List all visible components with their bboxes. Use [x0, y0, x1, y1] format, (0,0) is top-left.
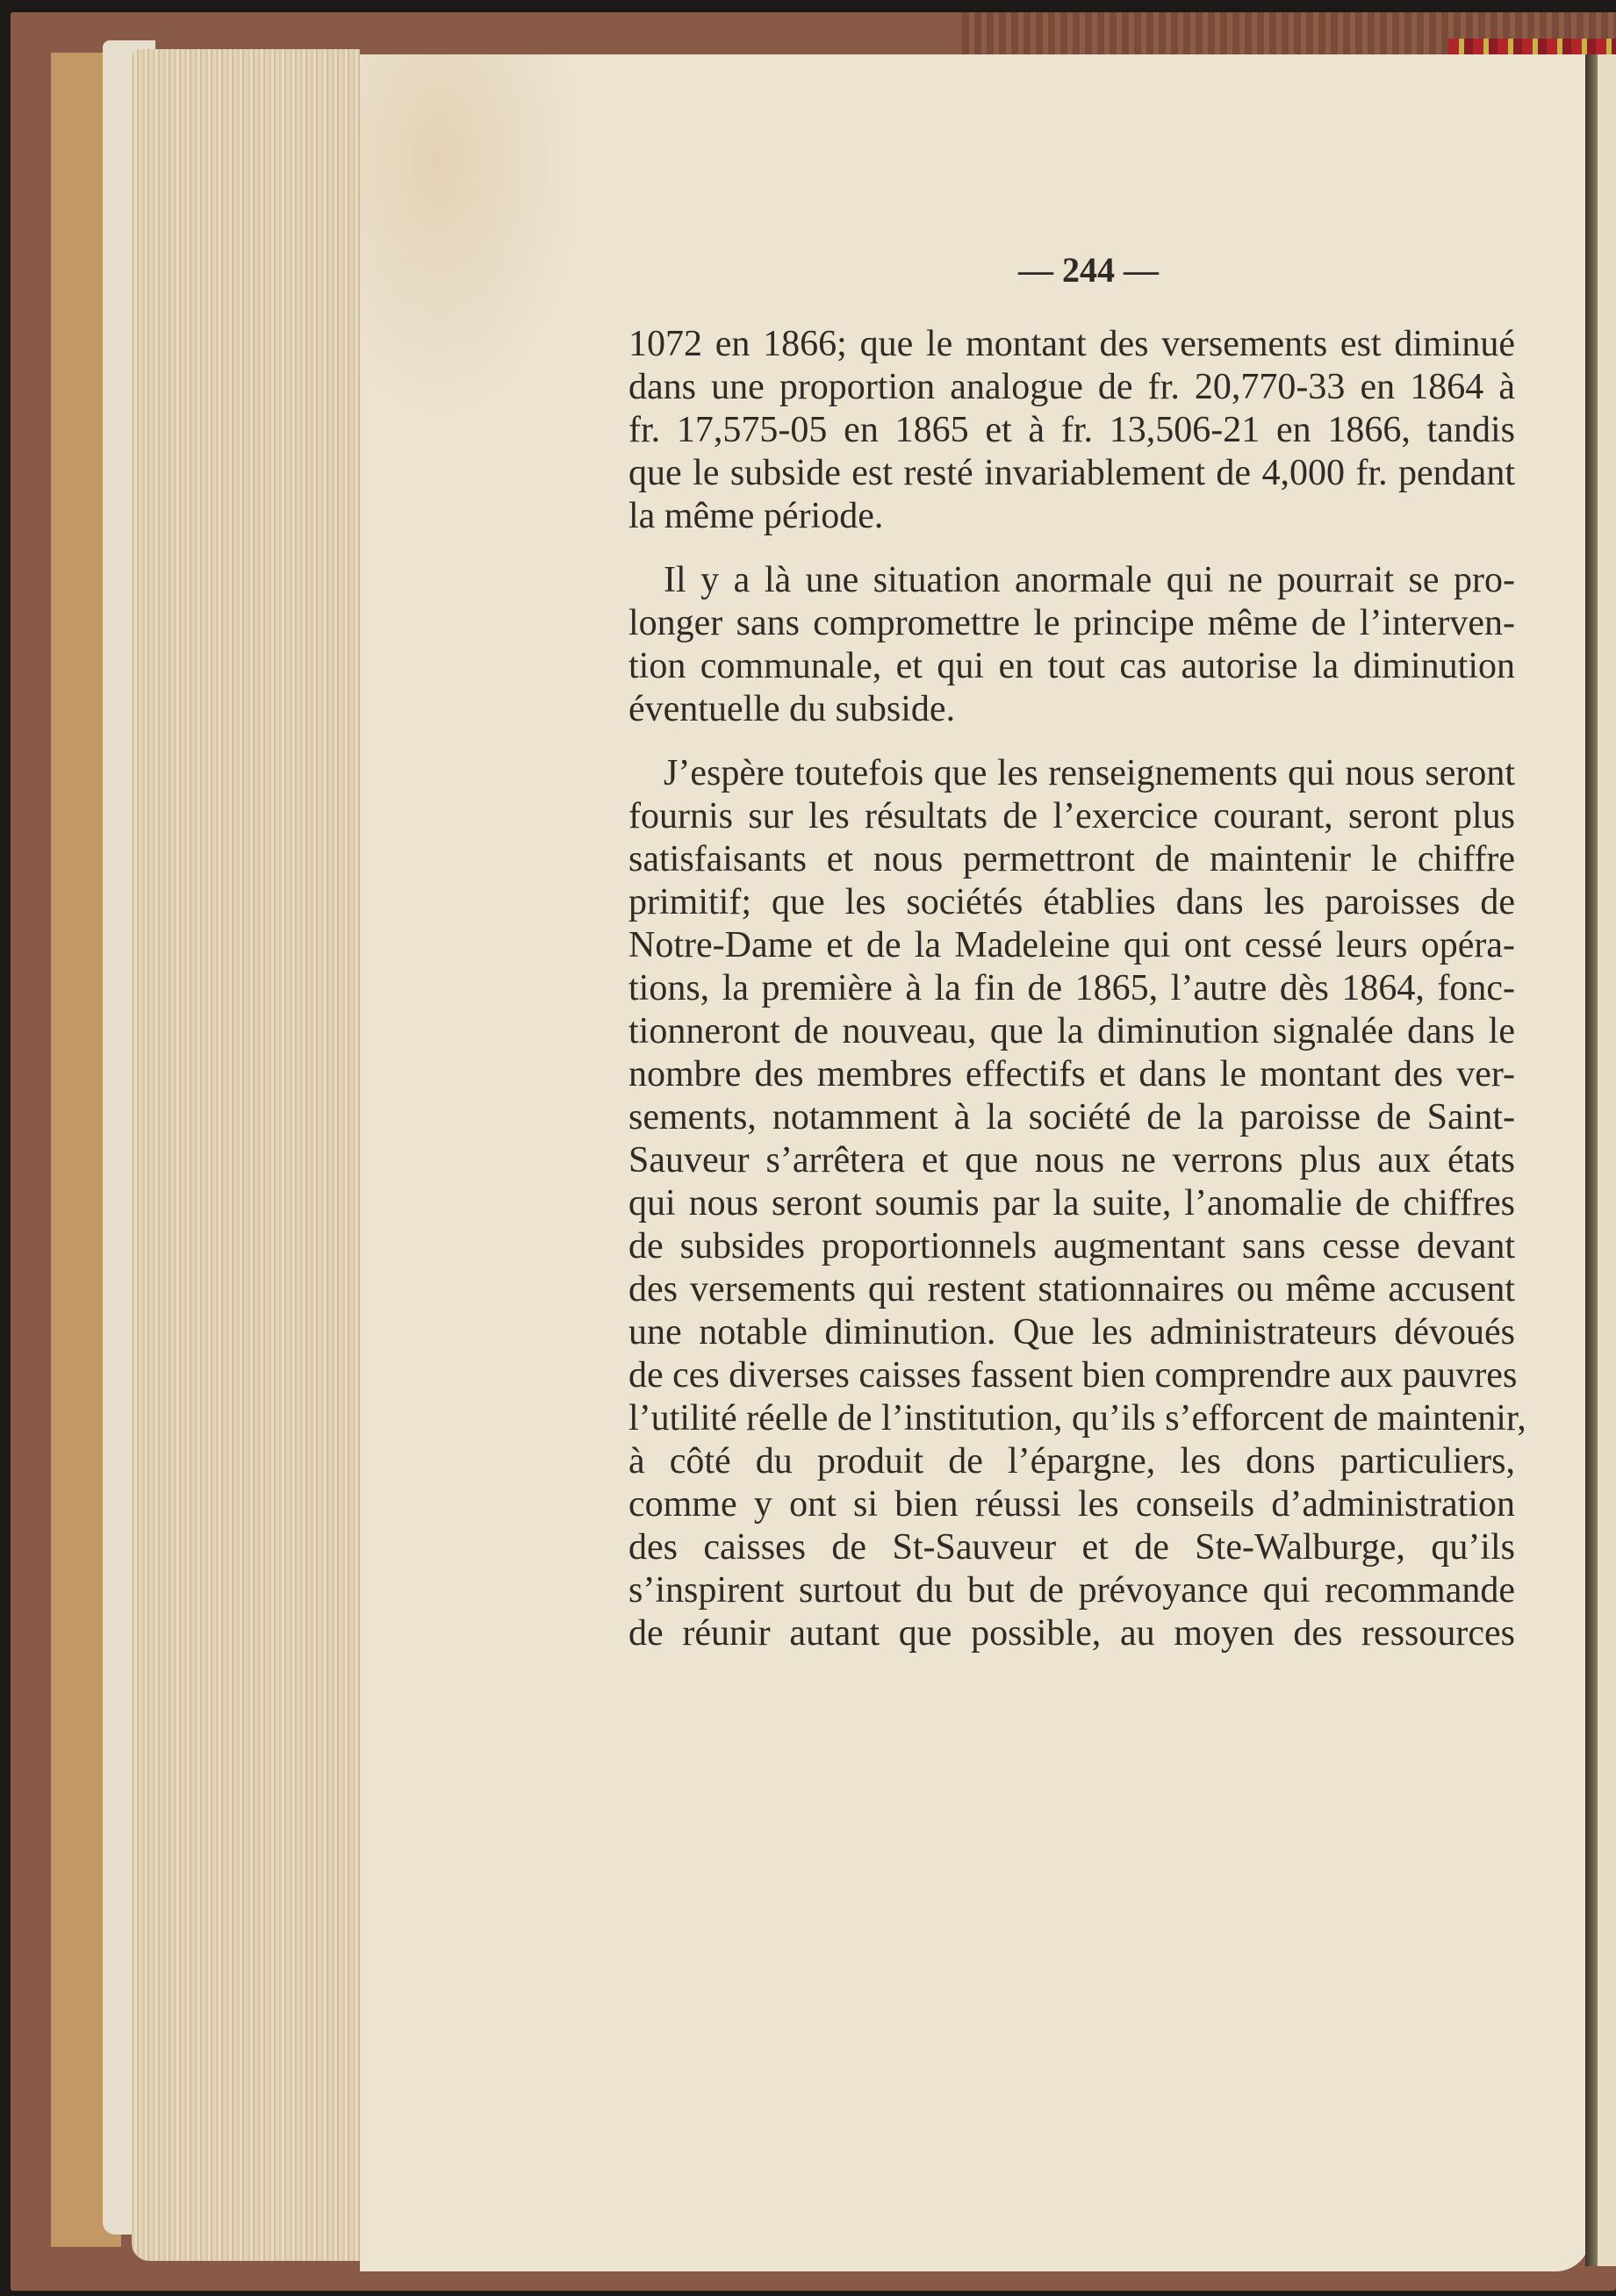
text-line: tions, la première à la fin de 1865, l’a… [628, 967, 1515, 1010]
text-line: fr. 17,575-05 en 1865 et à fr. 13,506-21… [628, 409, 1515, 452]
text-line: la même période. [628, 495, 1515, 538]
paragraph: 1072 en 1866; que le montant des verseme… [628, 323, 1515, 538]
text-line: une notable diminution. Que les administ… [628, 1311, 1515, 1354]
paragraph: J’espère toutefois que les renseignement… [628, 752, 1515, 1655]
text-line: de réunir autant que possible, au moyen … [628, 1612, 1515, 1655]
text-line: comme y ont si bien réussi les conseils … [628, 1483, 1515, 1526]
text-line: qui nous seront soumis par la suite, l’a… [628, 1182, 1515, 1225]
text-line: tionneront de nouveau, que la diminution… [628, 1010, 1515, 1053]
text-line: Il y a là une situation anormale qui ne … [628, 559, 1515, 602]
paragraph: Il y a là une situation anormale qui ne … [628, 559, 1515, 731]
text-line: primitif; que les sociétés établies dans… [628, 881, 1515, 924]
text-line: dans une proportion analogue de fr. 20,7… [628, 366, 1515, 409]
text-line: nombre des membres effectifs et dans le … [628, 1053, 1515, 1096]
page-edges-stack [132, 49, 360, 2261]
text-line: des caisses de St-Sauveur et de Ste-Walb… [628, 1526, 1515, 1569]
text-line: à côté du produit de l’épargne, les dons… [628, 1440, 1515, 1483]
text-line: Notre-Dame et de la Madeleine qui ont ce… [628, 924, 1515, 967]
text-line: Sauveur s’arrêtera et que nous ne verron… [628, 1139, 1515, 1182]
text-line: que le subside est resté invariablement … [628, 452, 1515, 495]
text-line: de subsides proportionnels augmentant sa… [628, 1225, 1515, 1268]
text-line: l’utilité réelle de l’institution, qu’il… [628, 1397, 1515, 1440]
text-line: 1072 en 1866; que le montant des verseme… [628, 323, 1515, 366]
text-line: satisfaisants et nous permettront de mai… [628, 838, 1515, 881]
headband [1448, 39, 1616, 56]
text-line: sements, notamment à la société de la pa… [628, 1096, 1515, 1139]
text-line: s’inspirent surtout du but de prévoyance… [628, 1569, 1515, 1612]
text-line: des versements qui restent stationnaires… [628, 1268, 1515, 1311]
text-line: de ces diverses caisses fassent bien com… [628, 1354, 1515, 1397]
page-gutter-shadow [1585, 54, 1598, 2266]
text-line: tion communale, et qui en tout cas autor… [628, 645, 1515, 688]
text-line: J’espère toutefois que les renseignement… [628, 752, 1515, 795]
text-line: longer sans compromettre le principe mêm… [628, 602, 1515, 645]
text-line: éventuelle du subside. [628, 688, 1515, 731]
page-body-text: 1072 en 1866; que le montant des verseme… [628, 246, 1515, 1676]
text-line: fournis sur les résultats de l’exercice … [628, 795, 1515, 838]
next-page-edge [1598, 54, 1616, 2266]
